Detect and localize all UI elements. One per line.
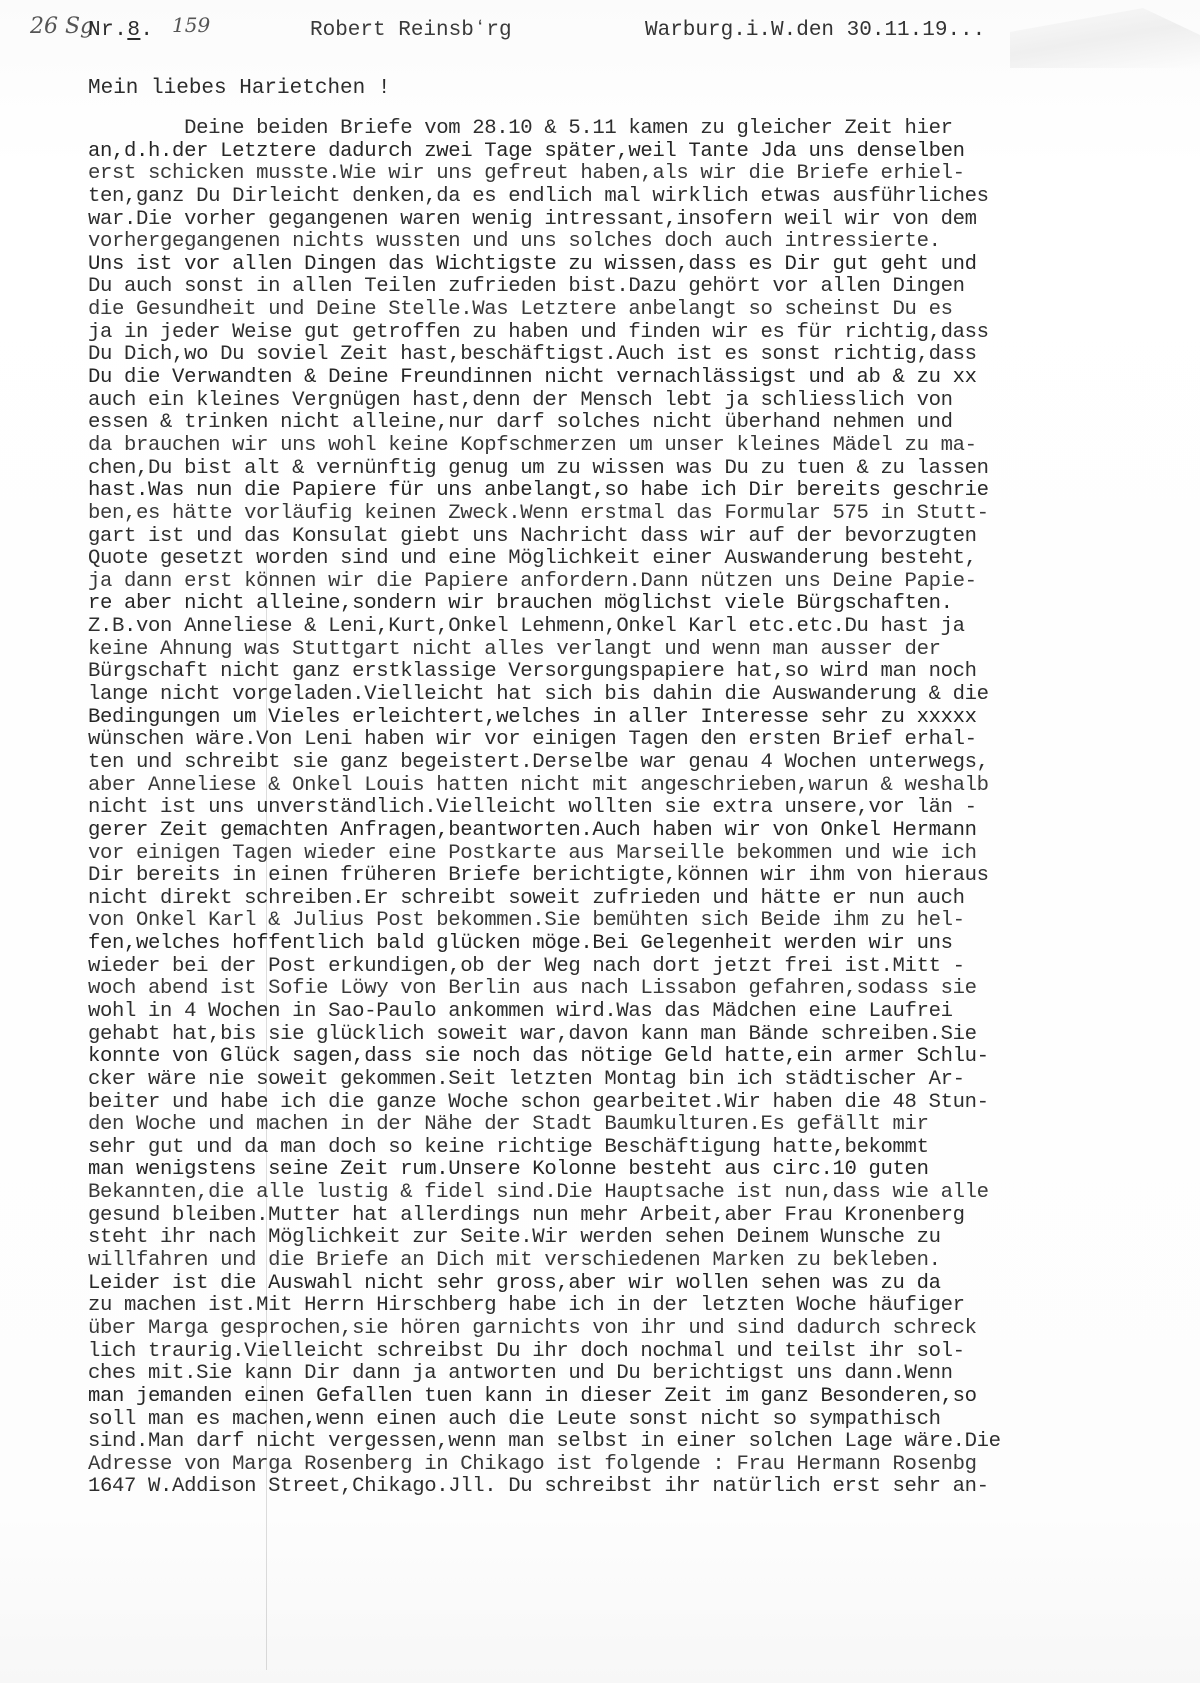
- text-line: Du Dich,wo Du soviel Zeit hast,beschäfti…: [88, 344, 1198, 367]
- letter-number-label: Nr.: [88, 19, 127, 42]
- text-line: lich traurig.Vielleicht schreibst Du ihr…: [88, 1341, 1198, 1364]
- text-line: sind.Man darf nicht vergessen,wenn man s…: [88, 1431, 1198, 1454]
- text-line: aber Anneliese & Onkel Louis hatten nich…: [88, 775, 1198, 798]
- text-line: vorhergegangenen nichts wussten und uns …: [88, 231, 1198, 254]
- text-line: Bedingungen um Vieles erleichtert,welche…: [88, 707, 1198, 730]
- text-line: sehr gut und da man doch so keine richti…: [88, 1137, 1198, 1160]
- handwritten-annotation: 26 Sg: [30, 10, 94, 44]
- text-line: ten,ganz Du Dirleicht denken,da es endli…: [88, 186, 1198, 209]
- letter-number: Nr.8.: [88, 14, 154, 48]
- letter-number-value: 8: [127, 19, 140, 42]
- text-line: Z.B.von Anneliese & Leni,Kurt,Onkel Lehm…: [88, 616, 1198, 639]
- text-line: Deine beiden Briefe vom 28.10 & 5.11 kam…: [88, 118, 1198, 141]
- text-line: von Onkel Karl & Julius Post bekommen.Si…: [88, 910, 1198, 933]
- text-line: Bekannten,die alle lustig & fidel sind.D…: [88, 1182, 1198, 1205]
- text-line: Uns ist vor allen Dingen das Wichtigste …: [88, 254, 1198, 277]
- sender-name: Robert Reinsbʻrg: [310, 14, 512, 48]
- text-line: willfahren und die Briefe an Dich mit ve…: [88, 1250, 1198, 1273]
- text-line: beiter und habe ich die ganze Woche scho…: [88, 1092, 1198, 1115]
- text-line: woch abend ist Sofie Löwy von Berlin aus…: [88, 978, 1198, 1001]
- text-line: nicht ist uns unverständlich.Vielleicht …: [88, 797, 1198, 820]
- place-and-date: Warburg.i.W.den 30.11.19...: [645, 14, 985, 48]
- text-line: hast.Was nun die Papiere für uns anbelan…: [88, 480, 1198, 503]
- salutation: Mein liebes Harietchen !: [88, 72, 390, 106]
- text-line: Du auch sonst in allen Teilen zufrieden …: [88, 276, 1198, 299]
- text-line: über Marga gesprochen,sie hören garnicht…: [88, 1318, 1198, 1341]
- text-line: war.Die vorher gegangenen waren wenig in…: [88, 209, 1198, 232]
- text-line: nicht direkt schreiben.Er schreibt sowei…: [88, 888, 1198, 911]
- text-line: zu machen ist.Mit Herrn Hirschberg habe …: [88, 1295, 1198, 1318]
- handwritten-page-number: 159: [172, 8, 210, 42]
- text-line: soll man es machen,wenn einen auch die L…: [88, 1409, 1198, 1432]
- text-line: re aber nicht alleine,sondern wir brauch…: [88, 593, 1198, 616]
- text-line: an,d.h.der Letztere dadurch zwei Tage sp…: [88, 141, 1198, 164]
- text-line: den Woche und machen in der Nähe der Sta…: [88, 1114, 1198, 1137]
- text-line: 1647 W.Addison Street,Chikago.Jll. Du sc…: [88, 1476, 1198, 1499]
- text-line: gehabt hat,bis sie glücklich soweit war,…: [88, 1024, 1198, 1047]
- text-line: wieder bei der Post erkundigen,ob der We…: [88, 956, 1198, 979]
- text-line: wünschen wäre.Von Leni haben wir vor ein…: [88, 729, 1198, 752]
- text-line: gerer Zeit gemachten Anfragen,beantworte…: [88, 820, 1198, 843]
- text-line: man jemanden einen Gefallen tuen kann in…: [88, 1386, 1198, 1409]
- letter-header: 26 Sg Nr.8. 159 Robert Reinsbʻrg Warburg…: [30, 14, 1190, 48]
- text-line: Adresse von Marga Rosenberg in Chikago i…: [88, 1454, 1198, 1477]
- text-line: man wenigstens seine Zeit rum.Unsere Kol…: [88, 1159, 1198, 1182]
- text-line: keine Ahnung was Stuttgart nicht alles v…: [88, 639, 1198, 662]
- text-line: wohl in 4 Wochen in Sao-Paulo ankommen w…: [88, 1001, 1198, 1024]
- text-line: steht ihr nach Möglichkeit zur Seite.Wir…: [88, 1227, 1198, 1250]
- text-line: da brauchen wir uns wohl keine Kopfschme…: [88, 435, 1198, 458]
- text-line: die Gesundheit und Deine Stelle.Was Letz…: [88, 299, 1198, 322]
- text-line: Du die Verwandten & Deine Freundinnen ni…: [88, 367, 1198, 390]
- text-line: ja dann erst können wir die Papiere anfo…: [88, 571, 1198, 594]
- text-line: ten und schreibt sie ganz begeistert.Der…: [88, 752, 1198, 775]
- letter-body: Deine beiden Briefe vom 28.10 & 5.11 kam…: [88, 118, 1198, 1499]
- text-line: essen & trinken nicht alleine,nur darf s…: [88, 412, 1198, 435]
- text-line: ja in jeder Weise gut getroffen zu haben…: [88, 322, 1198, 345]
- letter-page: 26 Sg Nr.8. 159 Robert Reinsbʻrg Warburg…: [0, 0, 1200, 1683]
- text-line: gesund bleiben.Mutter hat allerdings nun…: [88, 1205, 1198, 1228]
- text-line: fen,welches hoffentlich bald glücken mög…: [88, 933, 1198, 956]
- text-line: Leider ist die Auswahl nicht sehr gross,…: [88, 1273, 1198, 1296]
- text-line: Quote gesetzt worden sind und eine Mögli…: [88, 548, 1198, 571]
- text-line: ben,es hätte vorläufig keinen Zweck.Wenn…: [88, 503, 1198, 526]
- text-line: Dir bereits in einen früheren Briefe ber…: [88, 865, 1198, 888]
- text-line: Bürgschaft nicht ganz erstklassige Verso…: [88, 661, 1198, 684]
- text-line: ches mit.Sie kann Dir dann ja antworten …: [88, 1363, 1198, 1386]
- text-line: gart ist und das Konsulat giebt uns Nach…: [88, 526, 1198, 549]
- text-line: erst schicken musste.Wie wir uns gefreut…: [88, 163, 1198, 186]
- text-line: vor einigen Tagen wieder eine Postkarte …: [88, 843, 1198, 866]
- text-line: lange nicht vorgeladen.Vielleicht hat si…: [88, 684, 1198, 707]
- text-line: chen,Du bist alt & vernünftig genug um z…: [88, 458, 1198, 481]
- text-line: auch ein kleines Vergnügen hast,denn der…: [88, 390, 1198, 413]
- text-line: konnte von Glück sagen,dass sie noch das…: [88, 1046, 1198, 1069]
- text-line: cker wäre nie soweit gekommen.Seit letzt…: [88, 1069, 1198, 1092]
